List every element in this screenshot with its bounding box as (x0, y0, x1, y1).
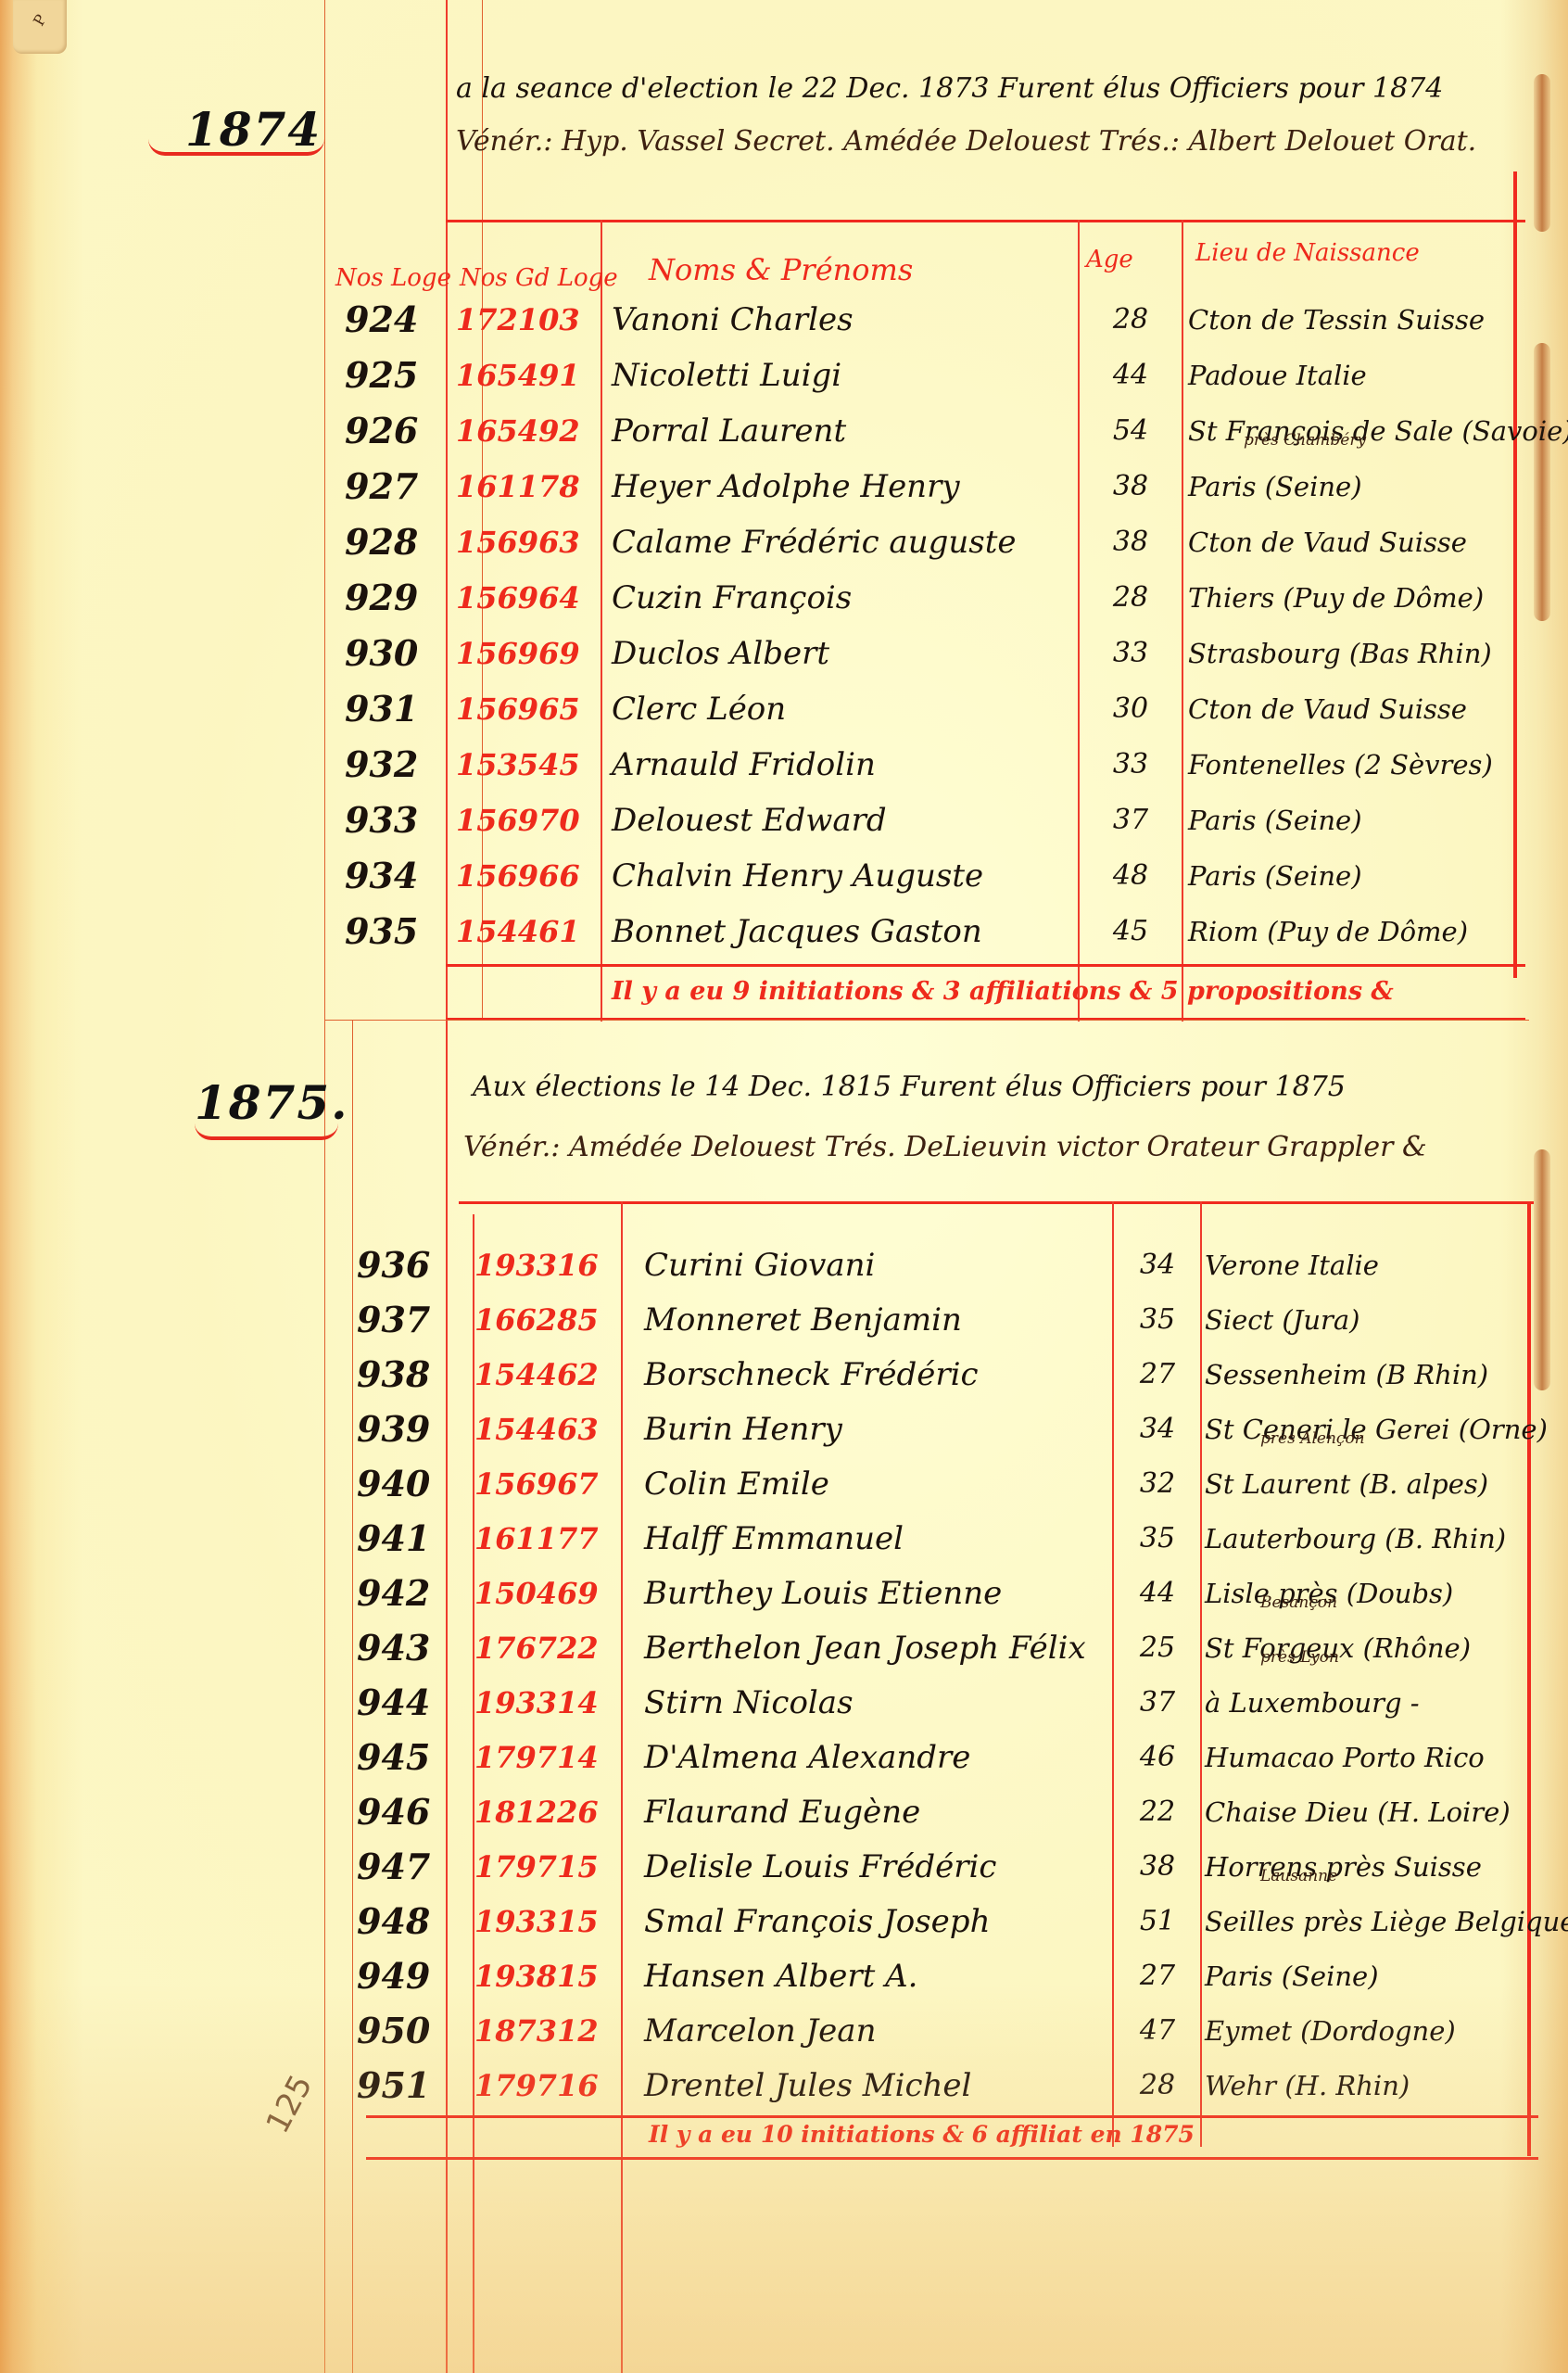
table-row: 936193316Curini Giovani34Verone Italie (0, 1237, 1568, 1293)
table-row: 946181226Flaurand Eugène22Chaise Dieu (H… (0, 1784, 1568, 1840)
corner-tab: P (13, 0, 67, 54)
member-age: 38 (1081, 514, 1181, 570)
member-age: 33 (1081, 737, 1181, 793)
birthplace-note: près Lyon (1260, 1648, 1339, 1667)
grand-lodge-number: 156965 (456, 681, 580, 737)
birthplace: Sessenheim (B Rhin) (1205, 1347, 1488, 1402)
table-row: 928156963Calame Frédéric auguste38Cton d… (0, 514, 1568, 570)
member-name: Cuzin François (612, 570, 852, 626)
lodge-number: 926 (345, 403, 418, 459)
lodge-number: 941 (357, 1511, 430, 1567)
grand-lodge-number: 172103 (456, 292, 580, 348)
member-age: 33 (1081, 626, 1181, 681)
grand-lodge-number: 176722 (474, 1620, 599, 1676)
table-row: 944193314Stirn Nicolas37à Luxembourg - (0, 1675, 1568, 1731)
table-top-rule (446, 220, 1525, 222)
table-bottom-rule (446, 964, 1525, 967)
member-name: Delisle Louis Frédéric (644, 1839, 996, 1895)
birthplace: Paris (Seine) (1188, 793, 1362, 848)
table-row: 926165492Porral Laurent54St François de … (0, 403, 1568, 459)
section-divider (324, 1020, 1529, 1021)
grand-lodge-number: 166285 (474, 1292, 599, 1348)
table-row: 948193315Smal François Joseph51Seilles p… (0, 1894, 1568, 1949)
member-name: Stirn Nicolas (644, 1675, 854, 1731)
birthplace: Lauterbourg (B. Rhin) (1205, 1511, 1506, 1567)
grand-lodge-number: 179715 (474, 1839, 599, 1895)
table-row: 945179714D'Almena Alexandre46Humacao Por… (0, 1730, 1568, 1785)
col-header-birthplace: Lieu de Naissance (1195, 239, 1420, 267)
section-summary: Il y a eu 10 initiations & 6 affiliat en… (649, 2121, 1195, 2148)
birthplace: Cton de Vaud Suisse (1188, 681, 1467, 737)
member-age: 35 (1115, 1511, 1200, 1567)
grand-lodge-number: 165491 (456, 348, 580, 403)
minutes-line: Vénér.: Amédée Delouest Trés. DeLieuvin … (463, 1131, 1427, 1163)
member-name: Colin Emile (644, 1456, 829, 1512)
birthplace-note: Lausanne (1260, 1867, 1337, 1885)
member-name: Flaurand Eugène (644, 1784, 920, 1840)
lodge-number: 935 (345, 904, 418, 959)
lodge-number: 929 (345, 570, 418, 626)
member-name: Clerc Léon (612, 681, 786, 737)
table-row: 932153545Arnauld Fridolin33Fontenelles (… (0, 737, 1568, 793)
grand-lodge-number: 161178 (456, 459, 580, 514)
minutes-line: Aux élections le 14 Dec. 1815 Furent élu… (473, 1071, 1346, 1103)
lodge-number: 949 (357, 1948, 430, 2004)
birthplace: St Laurent (B. alpes) (1205, 1456, 1488, 1512)
member-name: Chalvin Henry Auguste (612, 848, 983, 904)
table-bottom-rule (366, 2115, 1538, 2118)
binding-stain (1534, 74, 1550, 232)
grand-lodge-number: 193316 (474, 1237, 599, 1293)
member-age: 30 (1081, 681, 1181, 737)
birthplace: Cton de Tessin Suisse (1188, 292, 1485, 348)
table-row: 925165491Nicoletti Luigi44Padoue Italie (0, 348, 1568, 403)
table-row: 943176722Berthelon Jean Joseph Félix25St… (0, 1620, 1568, 1676)
grand-lodge-number: 156964 (456, 570, 580, 626)
member-name: Vanoni Charles (612, 292, 854, 348)
grand-lodge-number: 193314 (474, 1675, 599, 1731)
table-row: 937166285Monneret Benjamin35Siect (Jura) (0, 1292, 1568, 1348)
minutes-line: Vénér.: Hyp. Vassel Secret. Amédée Delou… (456, 125, 1476, 158)
lodge-number: 945 (357, 1730, 430, 1785)
grand-lodge-number: 181226 (474, 1784, 599, 1840)
member-name: Arnauld Fridolin (612, 737, 876, 793)
grand-lodge-number: 187312 (474, 2003, 599, 2059)
corner-tab-mark: P (19, 6, 59, 34)
birthplace: à Luxembourg - (1205, 1675, 1420, 1731)
member-age: 34 (1115, 1402, 1200, 1457)
table-row: 927161178Heyer Adolphe Henry38Paris (Sei… (0, 459, 1568, 514)
lodge-number: 927 (345, 459, 418, 514)
grand-lodge-number: 193815 (474, 1948, 599, 2004)
birthplace: Fontenelles (2 Sèvres) (1188, 737, 1493, 793)
birthplace: Horrens près SuisseLausanne (1205, 1839, 1482, 1895)
birthplace-note: Besançon (1260, 1593, 1337, 1612)
member-age: 28 (1081, 570, 1181, 626)
member-age: 38 (1081, 459, 1181, 514)
lodge-number: 938 (357, 1347, 430, 1402)
member-name: Marcelon Jean (644, 2003, 876, 2059)
lodge-number: 948 (357, 1894, 430, 1949)
member-name: Borschneck Frédéric (644, 1347, 979, 1402)
register-page: P 1874 a la seance d'election le 22 Dec.… (0, 0, 1568, 2373)
lodge-number: 936 (357, 1237, 430, 1293)
grand-lodge-number: 193315 (474, 1894, 599, 1949)
member-age: 48 (1081, 848, 1181, 904)
birthplace: Wehr (H. Rhin) (1205, 2058, 1410, 2113)
table-row: 942150469Burthey Louis Etienne44Lisle pr… (0, 1566, 1568, 1621)
member-age: 51 (1115, 1894, 1200, 1949)
lodge-number: 931 (345, 681, 418, 737)
table-row: 951179716Drentel Jules Michel28Wehr (H. … (0, 2058, 1568, 2113)
summary-rule (366, 2157, 1538, 2160)
birthplace: Eymet (Dordogne) (1205, 2003, 1456, 2059)
minutes-line: a la seance d'election le 22 Dec. 1873 F… (456, 72, 1443, 105)
lodge-number: 951 (357, 2058, 430, 2113)
member-name: Hansen Albert A. (644, 1948, 918, 2004)
member-name: Curini Giovani (644, 1237, 875, 1293)
birthplace: Verone Italie (1205, 1237, 1379, 1293)
lodge-number: 933 (345, 793, 418, 848)
grand-lodge-number: 156970 (456, 793, 580, 848)
year-brace (195, 1123, 338, 1140)
birthplace: Seilles près Liège Belgique (1205, 1894, 1568, 1949)
grand-lodge-number: 179714 (474, 1730, 599, 1785)
table-row: 940156967Colin Emile32St Laurent (B. alp… (0, 1456, 1568, 1512)
member-age: 28 (1115, 2058, 1200, 2113)
member-name: Calame Frédéric auguste (612, 514, 1017, 570)
table-row: 939154463Burin Henry34St Ceneri le Gerei… (0, 1402, 1568, 1457)
member-age: 27 (1115, 1948, 1200, 2004)
grand-lodge-number: 161177 (474, 1511, 599, 1567)
member-name: Drentel Jules Michel (644, 2058, 971, 2113)
birthplace: Riom (Puy de Dôme) (1188, 904, 1468, 959)
birthplace: Paris (Seine) (1188, 848, 1362, 904)
birthplace: St François de Sale (Savoie)près Chambér… (1188, 403, 1568, 459)
lodge-number: 950 (357, 2003, 430, 2059)
birthplace: Paris (Seine) (1188, 459, 1362, 514)
lodge-number: 932 (345, 737, 418, 793)
table-row: 938154462Borschneck Frédéric27Sessenheim… (0, 1347, 1568, 1402)
table-row: 924172103Vanoni Charles28Cton de Tessin … (0, 292, 1568, 348)
table-row: 949193815Hansen Albert A.27Paris (Seine) (0, 1948, 1568, 2004)
grand-lodge-number: 154461 (456, 904, 580, 959)
lodge-number: 943 (357, 1620, 430, 1676)
member-name: Halff Emmanuel (644, 1511, 904, 1567)
lodge-number: 940 (357, 1456, 430, 1512)
member-age: 34 (1115, 1237, 1200, 1293)
member-name: Delouest Edward (612, 793, 887, 848)
col-header-names: Noms & Prénoms (649, 252, 913, 287)
grand-lodge-number: 156963 (456, 514, 580, 570)
birthplace: Paris (Seine) (1205, 1948, 1379, 2004)
lodge-number: 934 (345, 848, 418, 904)
grand-lodge-number: 179716 (474, 2058, 599, 2113)
grand-lodge-number: 150469 (474, 1566, 599, 1621)
member-name: Duclos Albert (612, 626, 829, 681)
member-age: 44 (1115, 1566, 1200, 1621)
member-age: 37 (1081, 793, 1181, 848)
birthplace: Thiers (Puy de Dôme) (1188, 570, 1484, 626)
lodge-number: 930 (345, 626, 418, 681)
member-age: 44 (1081, 348, 1181, 403)
member-name: Burin Henry (644, 1402, 842, 1457)
col-header-age: Age (1086, 246, 1133, 273)
member-age: 45 (1081, 904, 1181, 959)
table-row: 947179715Delisle Louis Frédéric38Horrens… (0, 1839, 1568, 1895)
member-age: 47 (1115, 2003, 1200, 2059)
table-row: 950187312Marcelon Jean47Eymet (Dordogne) (0, 2003, 1568, 2059)
birthplace: Siect (Jura) (1205, 1292, 1360, 1348)
member-age: 35 (1115, 1292, 1200, 1348)
birthplace: Cton de Vaud Suisse (1188, 514, 1467, 570)
lodge-number: 924 (345, 292, 418, 348)
section-summary: Il y a eu 9 initiations & 3 affiliations… (612, 977, 1394, 1006)
member-age: 38 (1115, 1839, 1200, 1895)
member-name: Smal François Joseph (644, 1894, 990, 1949)
member-name: Bonnet Jacques Gaston (612, 904, 982, 959)
lodge-number: 946 (357, 1784, 430, 1840)
table-row: 941161177Halff Emmanuel35Lauterbourg (B.… (0, 1511, 1568, 1567)
birthplace: Strasbourg (Bas Rhin) (1188, 626, 1492, 681)
member-name: D'Almena Alexandre (644, 1730, 970, 1785)
birthplace: St Forgeux (Rhône)près Lyon (1205, 1620, 1471, 1676)
birthplace: St Ceneri le Gerei (Orne)près Alençon (1205, 1402, 1548, 1457)
table-row: 933156970Delouest Edward37Paris (Seine) (0, 793, 1568, 848)
table-top-rule (459, 1201, 1534, 1204)
lodge-number: 928 (345, 514, 418, 570)
year-brace (148, 139, 324, 156)
member-age: 27 (1115, 1347, 1200, 1402)
member-name: Monneret Benjamin (644, 1292, 962, 1348)
lodge-number: 942 (357, 1566, 430, 1621)
lodge-number: 944 (357, 1675, 430, 1731)
lodge-number: 937 (357, 1292, 430, 1348)
table-row: 934156966Chalvin Henry Auguste48Paris (S… (0, 848, 1568, 904)
member-name: Burthey Louis Etienne (644, 1566, 1002, 1621)
col-header-grand-lodge-no: Nos Gd Loge (460, 264, 618, 292)
col-header-lodge-no: Nos Loge (335, 264, 451, 292)
grand-lodge-number: 165492 (456, 403, 580, 459)
grand-lodge-number: 153545 (456, 737, 580, 793)
member-name: Berthelon Jean Joseph Félix (644, 1620, 1086, 1676)
lodge-number: 939 (357, 1402, 430, 1457)
grand-lodge-number: 154463 (474, 1402, 599, 1457)
table-row: 929156964Cuzin François28Thiers (Puy de … (0, 570, 1568, 626)
grand-lodge-number: 154462 (474, 1347, 599, 1402)
member-age: 25 (1115, 1620, 1200, 1676)
member-age: 32 (1115, 1456, 1200, 1512)
table-row: 930156969Duclos Albert33Strasbourg (Bas … (0, 626, 1568, 681)
table-row: 935154461Bonnet Jacques Gaston45Riom (Pu… (0, 904, 1568, 959)
member-age: 37 (1115, 1675, 1200, 1731)
birthplace: Chaise Dieu (H. Loire) (1205, 1784, 1511, 1840)
grand-lodge-number: 156967 (474, 1456, 599, 1512)
birthplace: Humacao Porto Rico (1205, 1730, 1485, 1785)
birthplace: Lisle près (Doubs)Besançon (1205, 1566, 1453, 1621)
birthplace: Padoue Italie (1188, 348, 1367, 403)
member-name: Nicoletti Luigi (612, 348, 841, 403)
member-age: 28 (1081, 292, 1181, 348)
table-row: 931156965Clerc Léon30Cton de Vaud Suisse (0, 681, 1568, 737)
birthplace-note: près Chambéry (1244, 431, 1366, 450)
grand-lodge-number: 156969 (456, 626, 580, 681)
lodge-number: 947 (357, 1839, 430, 1895)
lodge-number: 925 (345, 348, 418, 403)
member-age: 46 (1115, 1730, 1200, 1785)
member-age: 54 (1081, 403, 1181, 459)
grand-lodge-number: 156966 (456, 848, 580, 904)
member-name: Porral Laurent (612, 403, 846, 459)
member-name: Heyer Adolphe Henry (612, 459, 960, 514)
member-age: 22 (1115, 1784, 1200, 1840)
year-heading-1875: 1875. (195, 1075, 349, 1130)
birthplace-note: près Alençon (1260, 1429, 1365, 1448)
